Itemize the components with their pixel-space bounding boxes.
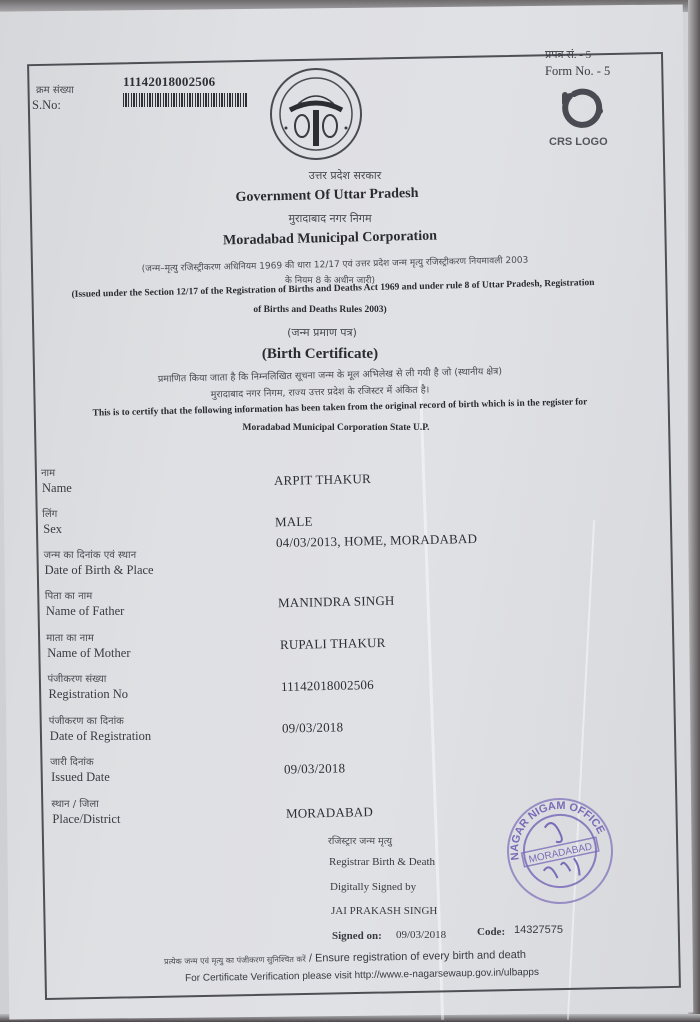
- field-label: Sex: [43, 522, 62, 537]
- ensure-registration-hindi: प्रत्येक जन्म एवं मृत्यु का पंजीकरण सुनि…: [164, 955, 306, 966]
- crs-logo-icon: [556, 86, 604, 137]
- certify-text-line2: Moradabad Municipal Corporation State U.…: [242, 423, 429, 433]
- field-label: Date of Birth & Place: [45, 563, 154, 578]
- field-label-hindi: लिंग: [42, 506, 57, 520]
- field-label-hindi: पंजीकरण संख्या: [48, 671, 107, 685]
- field-value: MORADABAD: [286, 804, 373, 822]
- field-label-hindi: माता का नाम: [46, 630, 94, 644]
- field-value: 09/03/2018: [284, 760, 346, 777]
- field-label-hindi: पिता का नाम: [45, 588, 92, 602]
- serial-number: 11142018002506: [123, 74, 215, 90]
- certificate-title: (Birth Certificate): [262, 346, 378, 363]
- act-text-line2: of Births and Deaths Rules 2003): [253, 305, 386, 315]
- government-title-hindi: उत्तर प्रदेश सरकार: [309, 168, 381, 183]
- verification-code: 14327575: [514, 924, 563, 936]
- code-label: Code:: [477, 926, 505, 938]
- digitally-signed-label: Digitally Signed by: [330, 881, 416, 893]
- field-label: Place/District: [52, 812, 120, 827]
- form-number-hindi: प्रपत्र सं. - 5: [545, 47, 591, 62]
- field-label: Issued Date: [51, 770, 110, 785]
- crs-logo-text: CRS LOGO: [549, 136, 608, 148]
- barcode-icon: [123, 93, 247, 107]
- certificate-title-hindi: (जन्म प्रमाण पत्र): [287, 325, 357, 340]
- nagar-nigam-stamp-icon: NAGAR NIGAM OFFICE MORADABAD: [500, 795, 620, 912]
- form-number: Form No. - 5: [545, 64, 610, 79]
- field-label: Name of Mother: [47, 646, 130, 661]
- serial-label-hindi: क्रम संख्या: [36, 82, 74, 96]
- registrar-label: Registrar Birth & Death: [329, 856, 435, 868]
- signer-name: JAI PRAKASH SINGH: [331, 905, 437, 917]
- field-value: 09/03/2018: [282, 719, 344, 736]
- field-label: Date of Registration: [50, 729, 151, 744]
- serial-label: S.No:: [32, 98, 61, 113]
- field-label-hindi: नाम: [41, 465, 55, 479]
- field-label: Name: [42, 481, 72, 496]
- field-value: RUPALI THAKUR: [280, 635, 386, 653]
- field-label: Name of Father: [46, 604, 124, 619]
- signed-on-date: 09/03/2018: [396, 929, 446, 941]
- corporation-title-hindi: मुरादाबाद नगर निगम: [288, 211, 371, 226]
- up-government-emblem-icon: [268, 66, 364, 167]
- field-value: MALE: [275, 514, 313, 531]
- field-value: MANINDRA SINGH: [278, 593, 395, 611]
- field-label-hindi: जन्म का दिनांक एवं स्थान: [44, 547, 137, 561]
- ensure-registration-english: / Ensure registration of every birth and…: [306, 949, 526, 965]
- field-label-hindi: स्थान / जिला: [51, 796, 98, 810]
- registrar-label-hindi: रजिस्ट्रार जन्म मृत्यु: [328, 834, 392, 847]
- field-value: ARPIT THAKUR: [274, 471, 371, 489]
- field-value: 11142018002506: [281, 677, 374, 695]
- field-label-hindi: पंजीकरण का दिनांक: [49, 713, 124, 727]
- field-label-hindi: जारी दिनांक: [50, 754, 94, 768]
- signed-on-label: Signed on:: [332, 930, 382, 942]
- field-label: Registration No: [49, 687, 129, 702]
